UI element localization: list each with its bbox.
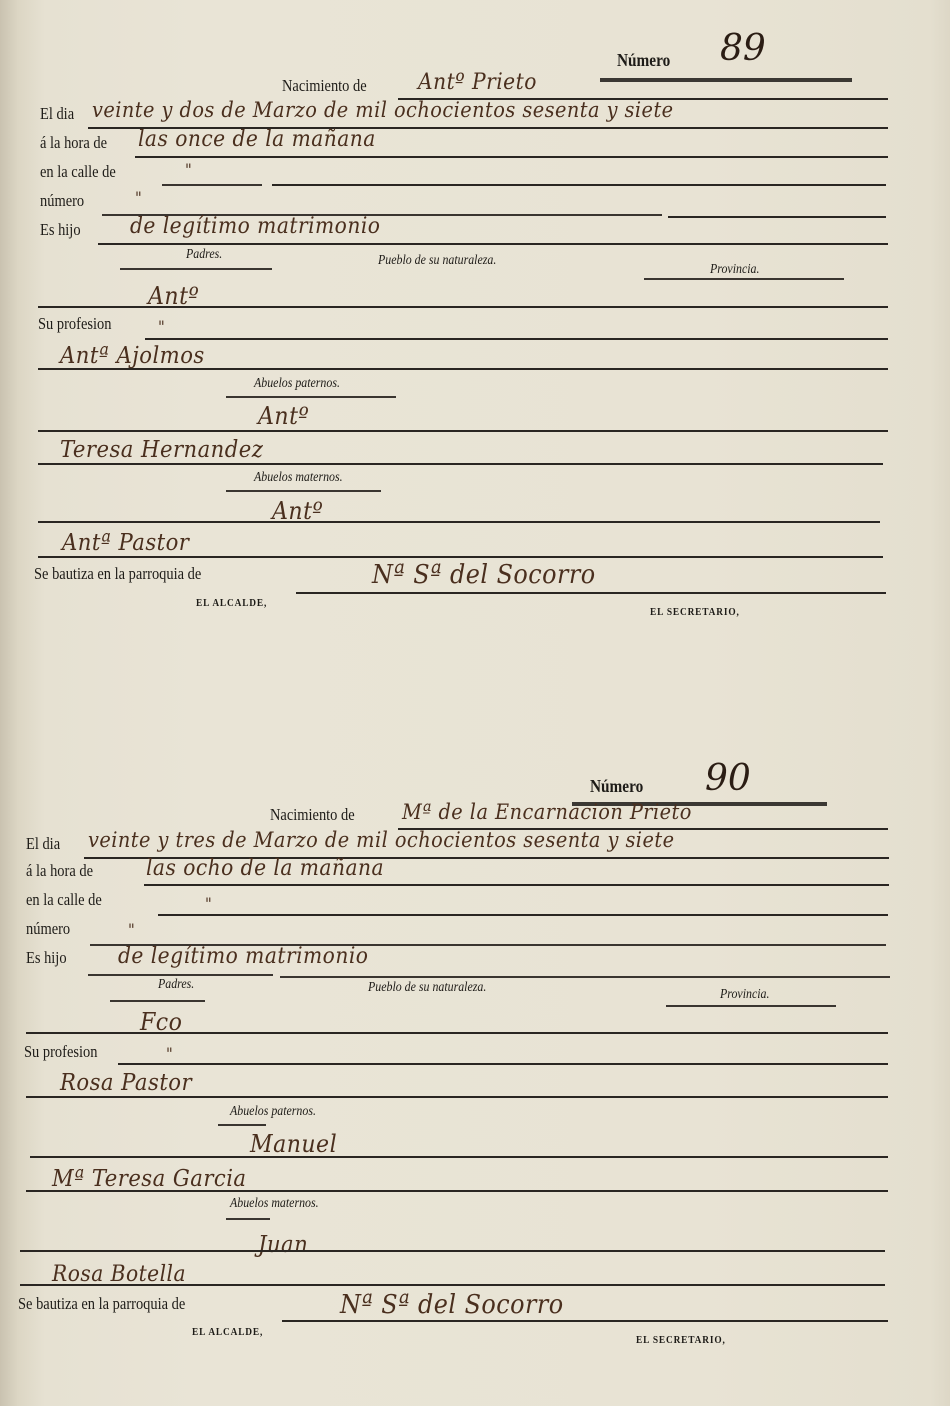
legitimacy: de legítimo matrimonio bbox=[118, 944, 368, 969]
secretario-label: EL SECRETARIO, bbox=[636, 1334, 726, 1346]
profession: " bbox=[158, 317, 165, 336]
rule bbox=[144, 884, 889, 886]
paternal-grandfather: Manuel bbox=[250, 1130, 337, 1158]
hora-label: á la hora de bbox=[40, 133, 107, 153]
rule bbox=[272, 184, 886, 186]
paternal-grandfather: Antº bbox=[258, 402, 309, 430]
street: " bbox=[205, 894, 212, 913]
padres-label: Padres. bbox=[158, 977, 194, 993]
el-dia-label: El dia bbox=[40, 104, 74, 124]
maternal-grandmother: Antª Pastor bbox=[62, 530, 189, 556]
house-number: " bbox=[135, 188, 142, 207]
child-name: Antº Prieto bbox=[418, 70, 537, 95]
profesion-label: Su profesion bbox=[24, 1042, 97, 1062]
bautiza-label: Se bautiza en la parroquia de bbox=[18, 1294, 185, 1314]
rule bbox=[226, 396, 396, 398]
profession: " bbox=[166, 1044, 173, 1063]
rule bbox=[38, 430, 888, 432]
es-hijo-label: Es hijo bbox=[40, 220, 81, 240]
rule bbox=[38, 521, 880, 523]
rule bbox=[38, 368, 888, 370]
parish: Nª Sª del Socorro bbox=[340, 1290, 564, 1320]
rule bbox=[110, 1000, 205, 1002]
rule bbox=[20, 1250, 885, 1252]
numero-field-label: número bbox=[40, 191, 84, 211]
house-number: " bbox=[128, 920, 135, 939]
profesion-label: Su profesion bbox=[38, 314, 111, 334]
mother-name: Antª Ajolmos bbox=[60, 343, 205, 369]
abuelos-maternos-label: Abuelos maternos. bbox=[254, 470, 343, 486]
calle-label: en la calle de bbox=[26, 890, 102, 910]
rule bbox=[162, 184, 262, 186]
mother-name: Rosa Pastor bbox=[60, 1070, 192, 1096]
calle-label: en la calle de bbox=[40, 162, 116, 182]
rule bbox=[226, 1218, 270, 1220]
rule bbox=[88, 974, 273, 976]
abuelos-maternos-label: Abuelos maternos. bbox=[230, 1196, 319, 1212]
numero-label: Número bbox=[590, 776, 643, 797]
abuelos-paternos-label: Abuelos paternos. bbox=[230, 1104, 316, 1120]
record-number: 90 bbox=[705, 758, 751, 799]
secretario-label: EL SECRETARIO, bbox=[650, 606, 740, 618]
rule bbox=[135, 156, 888, 158]
rule bbox=[26, 1190, 888, 1192]
numero-field-label: número bbox=[26, 919, 70, 939]
birth-hour: las ocho de la mañana bbox=[146, 856, 384, 881]
provincia-label: Provincia. bbox=[720, 987, 769, 1003]
child-name: Mª de la Encarnacion Prieto bbox=[402, 800, 692, 824]
maternal-grandfather: Juan bbox=[258, 1232, 308, 1258]
rule bbox=[26, 1032, 888, 1034]
rule bbox=[282, 1320, 888, 1322]
rule bbox=[120, 268, 272, 270]
rule bbox=[218, 1124, 266, 1126]
rule bbox=[145, 338, 888, 340]
rule bbox=[26, 1096, 888, 1098]
rule bbox=[30, 1156, 888, 1158]
rule bbox=[38, 463, 883, 465]
rule bbox=[118, 1063, 888, 1065]
rule bbox=[644, 278, 844, 280]
nacimiento-label: Nacimiento de bbox=[282, 76, 367, 96]
numero-rule bbox=[600, 78, 852, 82]
abuelos-paternos-label: Abuelos paternos. bbox=[254, 376, 340, 392]
alcalde-label: EL ALCALDE, bbox=[196, 597, 267, 609]
pueblo-label: Pueblo de su naturaleza. bbox=[378, 253, 496, 269]
birth-date: veinte y dos de Marzo de mil ochocientos… bbox=[92, 98, 674, 122]
parish: Nª Sª del Socorro bbox=[372, 560, 596, 590]
el-dia-label: El dia bbox=[26, 834, 60, 854]
padres-label: Padres. bbox=[186, 247, 222, 263]
hora-label: á la hora de bbox=[26, 861, 93, 881]
provincia-label: Provincia. bbox=[710, 262, 759, 278]
paternal-grandmother: Teresa Hernandez bbox=[60, 437, 263, 463]
pueblo-label: Pueblo de su naturaleza. bbox=[368, 980, 486, 996]
record-number: 89 bbox=[720, 28, 766, 69]
bautiza-label: Se bautiza en la parroquia de bbox=[34, 564, 201, 584]
paternal-grandmother: Mª Teresa Garcia bbox=[52, 1166, 247, 1192]
es-hijo-label: Es hijo bbox=[26, 948, 67, 968]
rule bbox=[666, 1005, 836, 1007]
nacimiento-label: Nacimiento de bbox=[270, 805, 355, 825]
rule bbox=[158, 914, 888, 916]
rule bbox=[38, 306, 888, 308]
birth-date: veinte y tres de Marzo de mil ochociento… bbox=[88, 828, 674, 852]
numero-label: Número bbox=[617, 50, 670, 71]
legitimacy: de legítimo matrimonio bbox=[130, 214, 380, 239]
rule bbox=[668, 216, 886, 218]
rule bbox=[280, 976, 890, 978]
birth-hour: las once de la mañana bbox=[138, 127, 376, 152]
street: " bbox=[185, 160, 192, 179]
rule bbox=[20, 1284, 885, 1286]
alcalde-label: EL ALCALDE, bbox=[192, 1326, 263, 1338]
rule bbox=[38, 556, 883, 558]
rule bbox=[226, 490, 381, 492]
rule bbox=[98, 243, 888, 245]
rule bbox=[296, 592, 886, 594]
